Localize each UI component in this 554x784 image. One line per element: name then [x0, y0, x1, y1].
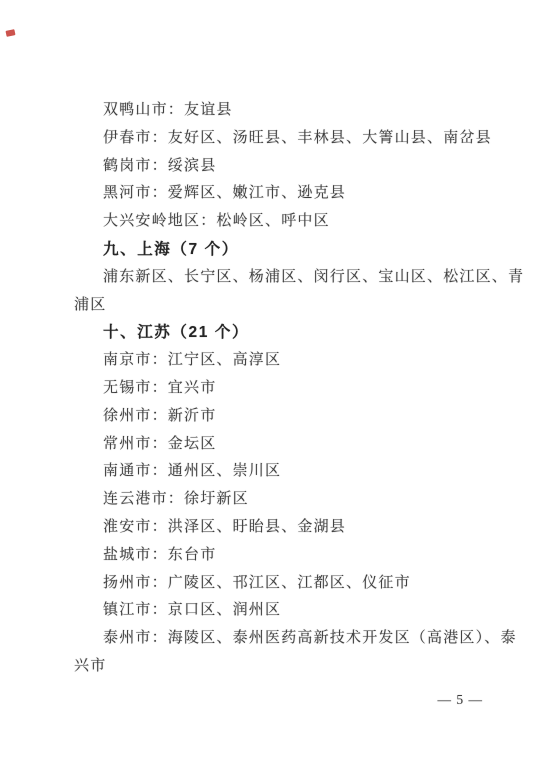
text-line: 兴市 [74, 653, 498, 681]
text-line: 浦东新区、长宁区、杨浦区、闵行区、宝山区、松江区、青 [74, 264, 498, 292]
text-line: 浦区 [74, 292, 498, 320]
text-line: 淮安市：洪泽区、盱眙县、金湖县 [74, 514, 498, 542]
text-line: 双鸭山市：友谊县 [74, 97, 498, 125]
text-line: 扬州市：广陵区、邗江区、江都区、仪征市 [74, 570, 498, 598]
text-line: 连云港市：徐圩新区 [74, 486, 498, 514]
section-heading: 十、江苏（21 个） [74, 319, 498, 347]
red-artifact-mark [5, 29, 15, 37]
section-heading: 九、上海（7 个） [74, 236, 498, 264]
page-number: — 5 — [438, 692, 484, 708]
text-line: 大兴安岭地区：松岭区、呼中区 [74, 208, 498, 236]
text-line: 镇江市：京口区、润州区 [74, 597, 498, 625]
document-page: 双鸭山市：友谊县伊春市：友好区、汤旺县、丰林县、大箐山县、南岔县鹤岗市：绥滨县黑… [0, 0, 554, 784]
text-line: 常州市：金坛区 [74, 431, 498, 459]
text-line: 伊春市：友好区、汤旺县、丰林县、大箐山县、南岔县 [74, 125, 498, 153]
text-line: 盐城市：东台市 [74, 542, 498, 570]
text-line: 无锡市：宜兴市 [74, 375, 498, 403]
text-line: 南通市：通州区、崇川区 [74, 458, 498, 486]
text-line: 黑河市：爱辉区、嫩江市、逊克县 [74, 180, 498, 208]
text-line: 徐州市：新沂市 [74, 403, 498, 431]
text-line: 鹤岗市：绥滨县 [74, 153, 498, 181]
document-content: 双鸭山市：友谊县伊春市：友好区、汤旺县、丰林县、大箐山县、南岔县鹤岗市：绥滨县黑… [74, 97, 498, 681]
text-line: 泰州市：海陵区、泰州医药高新技术开发区（高港区）、泰 [74, 625, 498, 653]
text-line: 南京市：江宁区、高淳区 [74, 347, 498, 375]
